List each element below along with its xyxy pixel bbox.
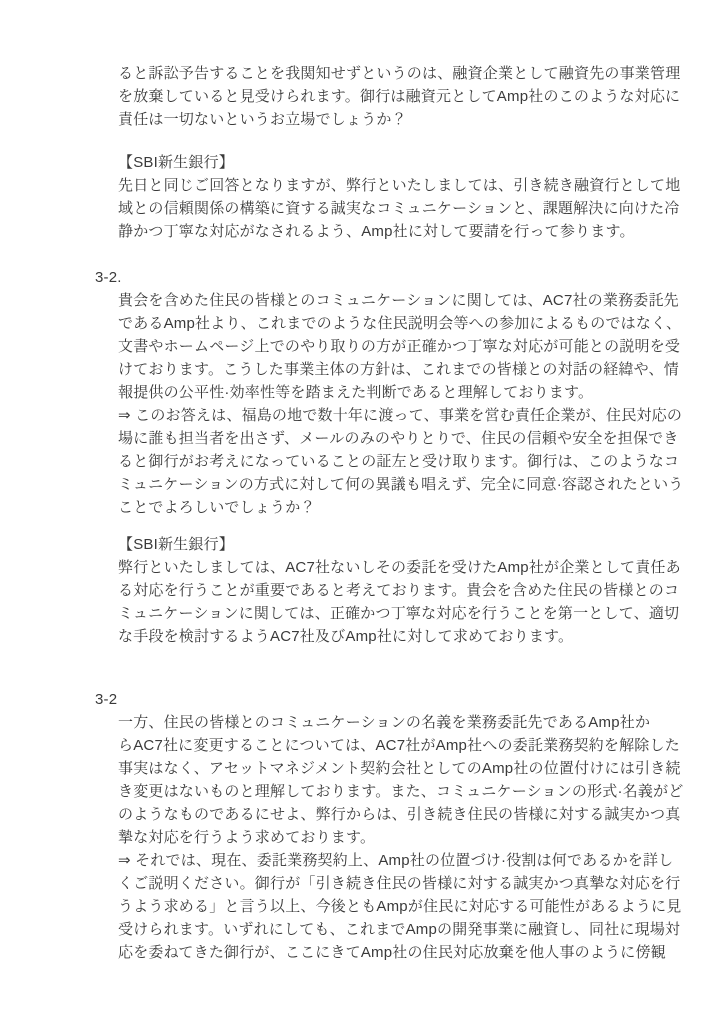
- text-line: 一方、住民の皆様とのコミュニケーションの名義を業務委託先であるAmp社か: [118, 711, 638, 734]
- text-line: ⇒ このお答えは、福島の地で数十年に渡って、事業を営む責任企業が、住民対応の: [118, 404, 638, 427]
- sbi-response-1: 【SBI新生銀行】先日と同じご回答となりますが、弊行といたしましては、引き続き融…: [118, 151, 638, 243]
- text-line: 域との信頼関係の構築に資する誠実なコミュニケーションと、課題解決に向けた冷: [118, 197, 638, 220]
- text-line: 応を委ねてきた御行が、ここにきてAmp社の住民対応放棄を他人事のように傍観: [118, 941, 638, 964]
- text-line: 場に誰も担当者を出さず、メールのみのやりとりで、住民の信頼や安全を担保でき: [118, 427, 638, 450]
- text-line: 弊行といたしましては、AC7社ないしその委託を受けたAmp社が企業として責任あ: [118, 556, 638, 579]
- text-line: 責任は一切ないというお立場でしょうか？: [118, 108, 638, 131]
- text-line: を放棄していると見受けられます。御行は融資元としてAmp社のこのような対応に: [118, 85, 638, 108]
- answer-continuation: ると訴訟予告することを我関知せずというのは、融資企業として融資先の事業管理を放棄…: [118, 62, 638, 131]
- text-line: 先日と同じご回答となりますが、弊行といたしましては、引き続き融資行として地: [118, 174, 638, 197]
- section-heading: 【SBI新生銀行】: [118, 151, 638, 174]
- text-line: 貴会を含めた住民の皆様とのコミュニケーションに関しては、AC7社の業務委託先: [118, 289, 638, 312]
- text-line: 文書やホームページ上でのやり取りの方が正確かつ丁寧な対応が可能との説明を受: [118, 335, 638, 358]
- section-number-label: 3-2.: [95, 266, 638, 289]
- text-line: 静かつ丁寧な対応がなされるよう、Amp社に対して要請を行って参ります。: [118, 220, 638, 243]
- section-number-label: 3-2: [95, 688, 638, 711]
- sbi-response-2: 【SBI新生銀行】弊行といたしましては、AC7社ないしその委託を受けたAmp社が…: [118, 533, 638, 648]
- text-line: くご説明ください。御行が「引き続き住民の皆様に対する誠実かつ真摯な対応を行: [118, 872, 638, 895]
- question-3-2b: 3-2一方、住民の皆様とのコミュニケーションの名義を業務委託先であるAmp社から…: [118, 688, 638, 964]
- document-page: { "page": { "background": "#ffffff", "te…: [0, 0, 724, 1024]
- text-line: ⇒ それでは、現在、委託業務契約上、Amp社の位置づけ·役割は何であるかを詳し: [118, 849, 638, 872]
- document-body: ると訴訟予告することを我関知せずというのは、融資企業として融資先の事業管理を放棄…: [118, 62, 638, 964]
- text-line: る対応を行うことが重要であると考えております。貴会を含めた住民の皆様とのコ: [118, 579, 638, 602]
- text-line: 報提供の公平性·効率性等を踏まえた判断であると理解しております。: [118, 381, 638, 404]
- text-line: ミュニケーションに関しては、正確かつ丁寧な対応を行うことを第一として、適切: [118, 602, 638, 625]
- question-3-2a: 3-2.貴会を含めた住民の皆様とのコミュニケーションに関しては、AC7社の業務委…: [118, 266, 638, 519]
- text-line: うよう求める」と言う以上、今後ともAmpが住民に対応する可能性があるように見: [118, 895, 638, 918]
- text-line: 摯な対応を行うよう求めております。: [118, 826, 638, 849]
- text-line: ことでよろしいでしょうか？: [118, 496, 638, 519]
- text-line: らAC7社に変更することについては、AC7社がAmp社への委託業務契約を解除した: [118, 734, 638, 757]
- text-line: 事実はなく、アセットマネジメント契約会社としてのAmp社の位置付けには引き続: [118, 757, 638, 780]
- text-line: であるAmp社より、これまでのような住民説明会等への参加によるものではなく、: [118, 312, 638, 335]
- text-line: ミュニケーションの方式に対して何の異議も唱えず、完全に同意·容認されたという: [118, 473, 638, 496]
- text-line: 受けられます。いずれにしても、これまでAmpの開発事業に融資し、同社に現場対: [118, 918, 638, 941]
- text-line: き変更はないものと理解しております。また、コミュニケーションの形式·名義がど: [118, 780, 638, 803]
- text-line: な手段を検討するようAC7社及びAmp社に対して求めております。: [118, 625, 638, 648]
- text-line: ると訴訟予告することを我関知せずというのは、融資企業として融資先の事業管理: [118, 62, 638, 85]
- text-line: ると御行がお考えになっていることの証左と受け取ります。御行は、このようなコ: [118, 450, 638, 473]
- text-line: けております。こうした事業主体の方針は、これまでの皆様との対話の経緯や、情: [118, 358, 638, 381]
- section-heading: 【SBI新生銀行】: [118, 533, 638, 556]
- text-line: のようなものであるにせよ、弊行からは、引き続き住民の皆様に対する誠実かつ真: [118, 803, 638, 826]
